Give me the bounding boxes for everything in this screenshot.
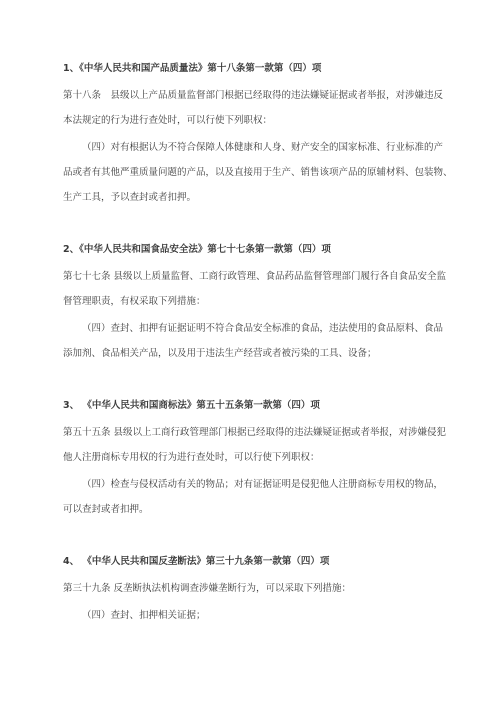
section-heading: 3、 《中华人民共和国商标法》第五十五条第一款第（四）项 [63, 393, 496, 418]
text-line: 第十八条 县级以上产品质量监督部门根据已经取得的违法嫌疑证据或者举报，对涉嫌违反 [63, 83, 496, 108]
text-line: 添加剂、食品相关产品，以及用于违法生产经营或者被污染的工具、设备； [63, 341, 496, 366]
text-line: 他人注册商标专用权的行为进行查处时，可以行使下列职权： [63, 445, 496, 470]
section-heading: 4、 《中华人民共和国反垄断法》第三十九条第一款第（四）项 [63, 549, 496, 574]
document-page: 1、《中华人民共和国产品质量法》第十八条第一款第（四）项第十八条 县级以上产品质… [0, 0, 496, 702]
paragraph: 第七十七条 县级以上质量监督、工商行政管理、食品药品监督管理部门履行各自食品安全… [63, 264, 496, 314]
text-line: （四）检查与侵权活动有关的物品；对有证据证明是侵犯他人注册商标专用权的物品， [63, 472, 496, 497]
section-heading: 2、《中华人民共和国食品安全法》第七十七条第一款第（四）项 [63, 237, 496, 262]
paragraph: （四）检查与侵权活动有关的物品；对有证据证明是侵犯他人注册商标专用权的物品，可以… [63, 472, 496, 522]
paragraph: 第三十九条 反垄断执法机构调查涉嫌垄断行为，可以采取下列措施： [63, 576, 496, 601]
paragraph: （四）查封、扣押相关证据； [63, 603, 496, 628]
paragraph: （四）对有根据认为不符合保障人体健康和人身、财产安全的国家标准、行业标准的产品或… [63, 135, 496, 210]
law-section: 4、 《中华人民共和国反垄断法》第三十九条第一款第（四）项第三十九条 反垄断执法… [63, 549, 496, 628]
text-line: 督管理职责，有权采取下列措施： [63, 289, 496, 314]
text-line: 第五十五条 县级以上工商行政管理部门根据已经取得的违法嫌疑证据或者举报，对涉嫌侵… [63, 420, 496, 445]
section-heading: 1、《中华人民共和国产品质量法》第十八条第一款第（四）项 [63, 56, 496, 81]
text-line: 生产工具，予以查封或者扣押。 [63, 185, 496, 210]
text-line: 第七十七条 县级以上质量监督、工商行政管理、食品药品监督管理部门履行各自食品安全… [63, 264, 496, 289]
text-line: 品或者有其他严重质量问题的产品，以及直接用于生产、销售该项产品的原辅材料、包装物… [63, 160, 496, 185]
text-line: （四）对有根据认为不符合保障人体健康和人身、财产安全的国家标准、行业标准的产 [63, 135, 496, 160]
text-line: （四）查封、扣押有证据证明不符合食品安全标准的食品，违法使用的食品原料、食品 [63, 316, 496, 341]
law-section: 3、 《中华人民共和国商标法》第五十五条第一款第（四）项第五十五条 县级以上工商… [63, 393, 496, 522]
text-line: 第三十九条 反垄断执法机构调查涉嫌垄断行为，可以采取下列措施： [63, 576, 496, 601]
text-line: 本法规定的行为进行查处时，可以行使下列职权： [63, 108, 496, 133]
law-section: 1、《中华人民共和国产品质量法》第十八条第一款第（四）项第十八条 县级以上产品质… [63, 56, 496, 210]
paragraph: 第五十五条 县级以上工商行政管理部门根据已经取得的违法嫌疑证据或者举报，对涉嫌侵… [63, 420, 496, 470]
text-line: 可以查封或者扣押。 [63, 497, 496, 522]
paragraph: 第十八条 县级以上产品质量监督部门根据已经取得的违法嫌疑证据或者举报，对涉嫌违反… [63, 83, 496, 133]
document-body: 1、《中华人民共和国产品质量法》第十八条第一款第（四）项第十八条 县级以上产品质… [63, 56, 496, 628]
paragraph: （四）查封、扣押有证据证明不符合食品安全标准的食品，违法使用的食品原料、食品添加… [63, 316, 496, 366]
law-section: 2、《中华人民共和国食品安全法》第七十七条第一款第（四）项第七十七条 县级以上质… [63, 237, 496, 366]
text-line: （四）查封、扣押相关证据； [63, 603, 496, 628]
